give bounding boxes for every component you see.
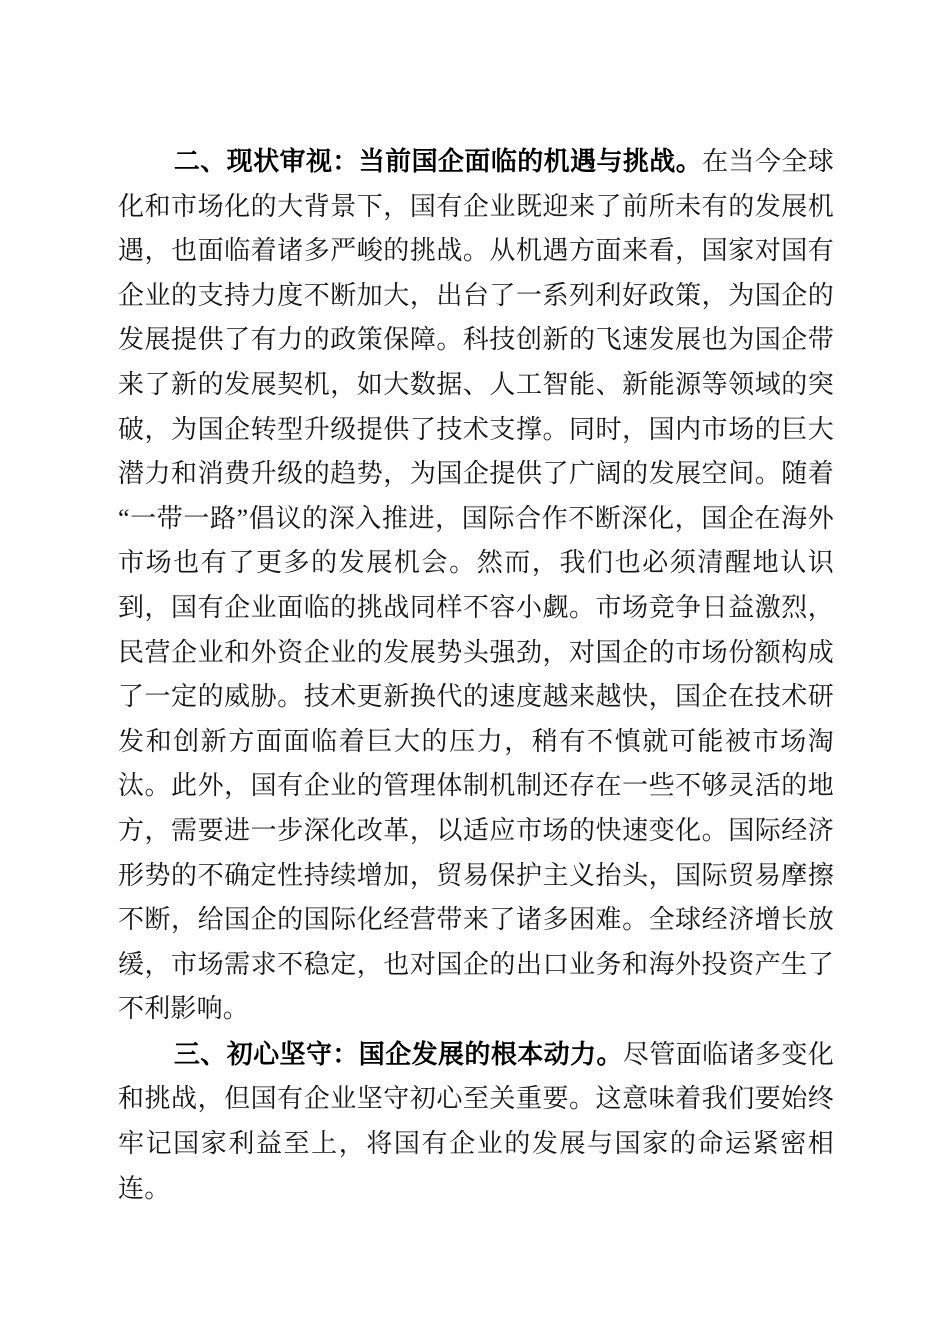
- section-heading-3: 三、初心坚守：国企发展的根本动力。: [174, 1039, 623, 1069]
- section-heading-2: 二、现状审视：当前国企面临的机遇与挑战。: [174, 146, 702, 176]
- section-paragraph-3: 三、初心坚守：国企发展的根本动力。尽管面临诸多变化和挑战，但国有企业坚守初心至关…: [118, 1032, 834, 1211]
- section-body-2: 在当今全球化和市场化的大背景下，国有企业既迎来了前所未有的发展机遇，也面临着诸多…: [118, 147, 834, 1023]
- document-page: 二、现状审视：当前国企面临的机遇与挑战。在当今全球化和市场化的大背景下，国有企业…: [0, 0, 950, 1344]
- section-paragraph-2: 二、现状审视：当前国企面临的机遇与挑战。在当今全球化和市场化的大背景下，国有企业…: [118, 139, 834, 1032]
